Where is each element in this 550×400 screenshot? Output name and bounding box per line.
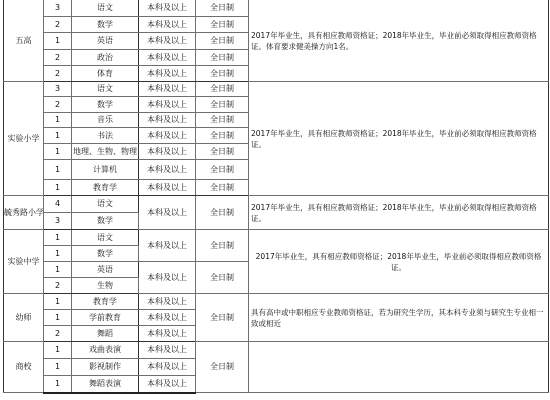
- recruitment-table: 五高 3 语文 本科及以上 全日制 2017年毕业生，具有相应教师资格证；201…: [3, 0, 549, 394]
- count-cell: 2: [44, 66, 72, 82]
- requirement-cell: 具有高中或中职相应专业教师资格证，若为研究生学历，其本科专业须与研究生专业相一致…: [249, 294, 549, 342]
- subject-cell: 数学: [72, 246, 139, 262]
- education-cell: 本科及以上: [139, 359, 196, 376]
- subject-cell: 英语: [72, 262, 139, 278]
- subject-cell: 教育学: [72, 294, 139, 310]
- education-cell: 本科及以上: [139, 0, 196, 17]
- count-cell: 1: [44, 180, 72, 196]
- education-cell: 本科及以上: [139, 113, 196, 128]
- education-cell: 本科及以上: [139, 342, 196, 359]
- school-name: 幼师: [4, 294, 44, 342]
- education-cell: 本科及以上: [139, 180, 196, 196]
- education-cell: 本科及以上: [139, 33, 196, 50]
- education-cell: 本科及以上: [139, 144, 196, 160]
- count-cell: 1: [44, 342, 72, 359]
- school-name: 实验中学: [4, 230, 44, 294]
- count-cell: 1: [44, 246, 72, 262]
- education-cell: 本科及以上: [139, 196, 196, 230]
- count-cell: 1: [44, 359, 72, 376]
- subject-cell: 数学: [72, 97, 139, 113]
- study-type-cell: 全日制: [196, 128, 249, 144]
- count-cell: 1: [44, 33, 72, 50]
- study-type-cell: 全日制: [196, 17, 249, 33]
- count-cell: 2: [44, 97, 72, 113]
- school-name: 毓秀路小学: [4, 196, 44, 230]
- study-type-cell: 全日制: [196, 0, 249, 17]
- count-cell: 1: [44, 160, 72, 180]
- study-type-cell: 全日制: [196, 294, 249, 342]
- count-cell: 3: [44, 0, 72, 17]
- school-name: 五高: [4, 0, 44, 82]
- school-name: 实验小学: [4, 82, 44, 196]
- education-cell: 本科及以上: [139, 82, 196, 97]
- study-type-cell: 全日制: [196, 113, 249, 128]
- subject-cell: 舞蹈: [72, 326, 139, 342]
- study-type-cell: 全日制: [196, 230, 249, 262]
- subject-cell: 生物: [72, 278, 139, 294]
- requirement-cell: 2017年毕业生，具有相应教师资格证；2018年毕业生，毕业前必须取得相应教师资…: [249, 0, 549, 82]
- subject-cell: 体育: [72, 66, 139, 82]
- count-cell: 1: [44, 230, 72, 246]
- subject-cell: 舞蹈表演: [72, 376, 139, 393]
- count-cell: 4: [44, 196, 72, 213]
- subject-cell: 英语: [72, 33, 139, 50]
- education-cell: 本科及以上: [139, 326, 196, 342]
- count-cell: 1: [44, 262, 72, 278]
- subject-cell: 语文: [72, 82, 139, 97]
- study-type-cell: 全日制: [196, 160, 249, 180]
- count-cell: 2: [44, 326, 72, 342]
- school-name: 商校: [4, 342, 44, 393]
- subject-cell: 语文: [72, 0, 139, 17]
- study-type-cell: 全日制: [196, 144, 249, 160]
- study-type-cell: 全日制: [196, 33, 249, 50]
- count-cell: 1: [44, 144, 72, 160]
- education-cell: 本科及以上: [139, 160, 196, 180]
- requirement-cell: [249, 342, 549, 393]
- count-cell: 3: [44, 213, 72, 230]
- education-cell: 本科及以上: [139, 66, 196, 82]
- education-cell: 本科及以上: [139, 17, 196, 33]
- subject-cell: 语文: [72, 196, 139, 213]
- education-cell: 本科及以上: [139, 310, 196, 326]
- subject-cell: 数学: [72, 17, 139, 33]
- subject-cell: 地理、生物、物理: [72, 144, 139, 160]
- subject-cell: 数学: [72, 213, 139, 230]
- table-row: 五高 3 语文 本科及以上 全日制 2017年毕业生，具有相应教师资格证；201…: [4, 0, 549, 17]
- count-cell: 1: [44, 113, 72, 128]
- subject-cell: 音乐: [72, 113, 139, 128]
- study-type-cell: 全日制: [196, 50, 249, 66]
- requirement-cell: 2017年毕业生，具有相应教师资格证；2018年毕业生，毕业前必须取得相应教师资…: [249, 82, 549, 196]
- table-row: 幼师 1 教育学 本科及以上 全日制 具有高中或中职相应专业教师资格证，若为研究…: [4, 294, 549, 310]
- study-type-cell: 全日制: [196, 82, 249, 97]
- education-cell: 本科及以上: [139, 376, 196, 393]
- count-cell: 2: [44, 50, 72, 66]
- study-type-cell: 全日制: [196, 262, 249, 294]
- education-cell: 本科及以上: [139, 294, 196, 310]
- table-row: 实验中学 1 语文 本科及以上 全日制 2017年毕业生，具有相应教师资格证；2…: [4, 230, 549, 246]
- education-cell: 本科及以上: [139, 50, 196, 66]
- subject-cell: 学前教育: [72, 310, 139, 326]
- study-type-cell: 全日制: [196, 180, 249, 196]
- subject-cell: 戏曲表演: [72, 342, 139, 359]
- subject-cell: 计算机: [72, 160, 139, 180]
- education-cell: 本科及以上: [139, 230, 196, 262]
- education-cell: 本科及以上: [139, 128, 196, 144]
- study-type-cell: 全日制: [196, 342, 249, 393]
- subject-cell: 语文: [72, 230, 139, 246]
- table-row: 商校 1 戏曲表演 本科及以上 全日制: [4, 342, 549, 359]
- table-row: 毓秀路小学 4 语文 本科及以上 全日制 2017年毕业生，具有相应教师资格证；…: [4, 196, 549, 213]
- count-cell: 1: [44, 294, 72, 310]
- study-type-cell: 全日制: [196, 97, 249, 113]
- education-cell: 本科及以上: [139, 262, 196, 294]
- education-cell: 本科及以上: [139, 97, 196, 113]
- count-cell: 1: [44, 310, 72, 326]
- subject-cell: 政治: [72, 50, 139, 66]
- count-cell: 2: [44, 278, 72, 294]
- count-cell: 1: [44, 376, 72, 393]
- requirement-cell: 2017年毕业生，具有相应教师资格证；2018年毕业生，毕业前必须取得相应教师资…: [249, 196, 549, 230]
- table-row: 实验小学 3 语文 本科及以上 全日制 2017年毕业生，具有相应教师资格证；2…: [4, 82, 549, 97]
- requirement-cell: 2017年毕业生，具有相应教师资格证；2018年毕业生，毕业前必须取得相应教师资…: [249, 230, 549, 294]
- count-cell: 3: [44, 82, 72, 97]
- subject-cell: 教育学: [72, 180, 139, 196]
- subject-cell: 书法: [72, 128, 139, 144]
- study-type-cell: 全日制: [196, 196, 249, 230]
- count-cell: 2: [44, 17, 72, 33]
- subject-cell: 影视制作: [72, 359, 139, 376]
- study-type-cell: 全日制: [196, 66, 249, 82]
- count-cell: 1: [44, 128, 72, 144]
